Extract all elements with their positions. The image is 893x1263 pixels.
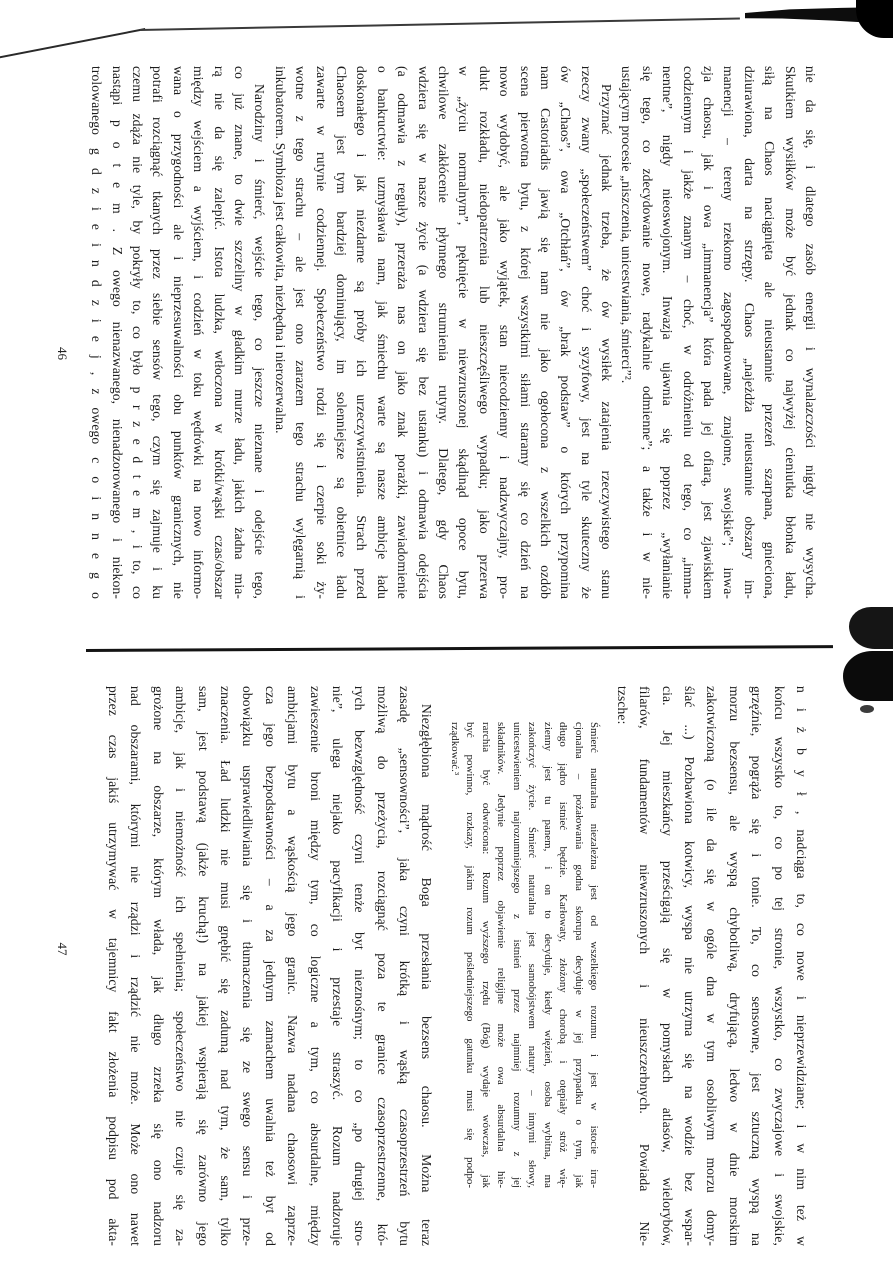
text-line: (a odmawia z reguły), przeraża nas on ja… xyxy=(392,66,412,599)
text-line: Niezgłębiona mądrość Boga przesłania bez… xyxy=(415,686,437,1246)
text-line: nastąpi p o t e m . Z owego nienazwanego… xyxy=(106,66,126,599)
text-line: obowiązku usprawiedliwiania się i tłumac… xyxy=(236,686,258,1246)
text-line: między wejściem a wyjściem, i codzień w … xyxy=(188,66,208,599)
text-line: ustającym procesie „niszczenia, unicestw… xyxy=(616,66,636,599)
text-line: dukt rozkładu, niedopatrzenia lub nieszc… xyxy=(473,66,493,599)
quote-line: rządkować.³ xyxy=(446,722,462,1188)
scan-artifact-page-edge-line xyxy=(140,17,740,30)
text-line: grzęźnie, pogrąża się i tonie. To, co se… xyxy=(745,686,767,1246)
text-line: końcu wszystko to, co po tej stronie, ws… xyxy=(767,686,789,1246)
scan-artifact-middle-line xyxy=(86,645,833,652)
scan-artifact-binding-blob-2 xyxy=(843,651,893,701)
text-line: tzsche: xyxy=(610,686,632,1246)
quote-line: być powinno, rozkazy, jakim rozum pośled… xyxy=(462,722,478,1188)
scan-artifact-speck xyxy=(860,705,874,713)
text-line: wdziera się w nasze życie (a wdziera się… xyxy=(412,66,432,599)
text-line: zawarte w rutynie codziennej. Społeczeńs… xyxy=(310,66,330,599)
text-line: doskonałego i jak niezdarne są próby ich… xyxy=(351,66,371,599)
text-line: zawieszenie broni między tym, co logiczn… xyxy=(303,686,325,1246)
text-line: znaczenia. Ład ludzki nie musi gnębić si… xyxy=(214,686,236,1246)
quote-line: zienny jest tu panem, i on to decyduje, … xyxy=(539,722,555,1188)
page47-intro-text-block: n i ż b y ł , nadciąga to, co nowe i nie… xyxy=(610,686,812,1246)
text-line: Skutkiem wysiłków może być jednak co naj… xyxy=(779,66,799,599)
text-line: Chaosem jest tym bardziej dominujący, im… xyxy=(331,66,351,599)
text-line: ślać ...) Pozbawiona kotwicy, wyspa nie … xyxy=(678,686,700,1246)
text-line: morzu bezsensu, ale wyspą chybotliwą, dr… xyxy=(722,686,744,1246)
text-line: siłą na Chaos naciągnięta ale nieustanni… xyxy=(759,66,779,599)
page-number-47: 47 xyxy=(54,686,70,1246)
text-line: manencji – tereny rzekomo zagospodarowan… xyxy=(718,66,738,599)
text-line: scena pierwotna bytu, z której wszystkim… xyxy=(514,66,534,599)
page46-text-block: nie da się, i dlatego zasób energii i wy… xyxy=(86,66,820,599)
text-line: się tego, co zdecydowanie nowe, radykaln… xyxy=(636,66,656,599)
text-line: wana o przygodności ale i nieprzesuwalno… xyxy=(168,66,188,599)
text-line: przez czas jakiś utrzymywać w tajemnicy … xyxy=(102,686,124,1246)
quote-line: rarchia być odwrócona: Rozum wyższego rz… xyxy=(477,722,493,1188)
text-line: nentne”, nigdy nieoswojonym. Inwazja uja… xyxy=(657,66,677,599)
text-line: potrafi rozciągnąć tkanych przez siebie … xyxy=(147,66,167,599)
text-line: zakotwiczoną (o ile da się w ogóle dna w… xyxy=(700,686,722,1246)
page47-block-quote: Śmierć naturalna niezależna jest od wsze… xyxy=(446,722,601,1188)
text-line: filarów, fundamentów niewzruszonych i ni… xyxy=(633,686,655,1246)
text-line: trolowanego g d z i e i n d z i e j , z … xyxy=(86,66,106,599)
page47-body-text-block: Niezgłębiona mądrość Boga przesłania bez… xyxy=(102,686,438,1246)
book-page-46: nie da się, i dlatego zasób energii i wy… xyxy=(85,66,820,599)
text-line: cia. Jej mieszkańcy prześcigają się w po… xyxy=(655,686,677,1246)
scanned-book-spread: nie da się, i dlatego zasób energii i wy… xyxy=(0,0,893,1263)
text-line: dziurawiona, darta na strzępy. Chaos „na… xyxy=(738,66,758,599)
text-line: rzeczy zwany „społeczeństwem” choć i syz… xyxy=(575,66,595,599)
text-line: Przyznać jednak trzeba, że ów wysiłek za… xyxy=(596,66,616,599)
text-line: nad obszarami, którymi nie rządzi i rząd… xyxy=(124,686,146,1246)
text-line: sam, jest podstawą (jakże kruchą!) na ja… xyxy=(191,686,213,1246)
text-line: inkubatorem. Symbioza jest całkowita, ni… xyxy=(269,66,289,599)
text-line: nowo wydobyć, ale jako wyjątek, stan nie… xyxy=(494,66,514,599)
text-line: zasadę „sensowności”, jaka czyni krótką … xyxy=(393,686,415,1246)
book-page-47: n i ż b y ł , nadciąga to, co nowe i nie… xyxy=(100,686,812,1246)
text-line: Narodziny i śmierć, wejście tego, co jes… xyxy=(249,66,269,599)
text-line: ów „Chaos”, owa „Otchłań”, ów „brak pods… xyxy=(555,66,575,599)
text-line: ambicje, jak i niemożność ich spełnienia… xyxy=(169,686,191,1246)
text-line: nam Castoriadis jawią się nam nie jako o… xyxy=(535,66,555,599)
quote-line: zakończyć życie. Śmierć naturalna jest s… xyxy=(524,722,540,1188)
text-line: ambicjami bytu a wąskością jego granic. … xyxy=(281,686,303,1246)
text-line: czemu zdąża nie tyle, by pokryły to, co … xyxy=(127,66,147,599)
text-line: co już znane, to dwie szczeliny w gładki… xyxy=(229,66,249,599)
text-line: codziennym i jakże znanym – choć, w odró… xyxy=(677,66,697,599)
text-line: cza jego bezpodstawności – a za jednym z… xyxy=(258,686,280,1246)
scan-artifact-corner-blob xyxy=(856,0,893,38)
text-line: nie da się, i dlatego zasób energii i wy… xyxy=(800,66,820,599)
text-line: rą nie da się zalepić. Istota ludzka, wt… xyxy=(208,66,228,599)
text-line: grożone na obszarze, którym włada, jak d… xyxy=(146,686,168,1246)
text-line: chwilowe zakłócenie płynnego strumienia … xyxy=(433,66,453,599)
quote-line: cjonalna – pożałowania godna skorupa dec… xyxy=(570,722,586,1188)
quote-line: Śmierć naturalna niezależna jest od wsze… xyxy=(586,722,602,1188)
text-line: zja chaosu, jak i owa „immanencja” która… xyxy=(698,66,718,599)
text-line: w „życiu normalnym”, pęknięcie w niewzru… xyxy=(453,66,473,599)
text-line: o bankructwie: uzmysławia nam, jak śmiec… xyxy=(371,66,391,599)
text-line: nie”, ulega niejako pacyfikacji i przest… xyxy=(326,686,348,1246)
scan-artifact-diagonal-line xyxy=(0,28,145,59)
text-line: n i ż b y ł , nadciąga to, co nowe i nie… xyxy=(790,686,812,1246)
page-number-46: 46 xyxy=(54,66,70,599)
text-line: możliwą do przeżycia, rozciągnąć poza te… xyxy=(370,686,392,1246)
quote-line: długo jądro istnieć będzie. Karłowaty, z… xyxy=(555,722,571,1188)
quote-line: składników. Jedynie poprzez objawienie r… xyxy=(493,722,509,1188)
quote-line: unicestwieniem najrozumniejszego z istni… xyxy=(508,722,524,1188)
scan-artifact-binding-blob-1 xyxy=(849,607,893,649)
text-line: wotne z tego strachu – ale jest ono zara… xyxy=(290,66,310,599)
text-line: rych bezwzględność czyni tenże byt niezn… xyxy=(348,686,370,1246)
